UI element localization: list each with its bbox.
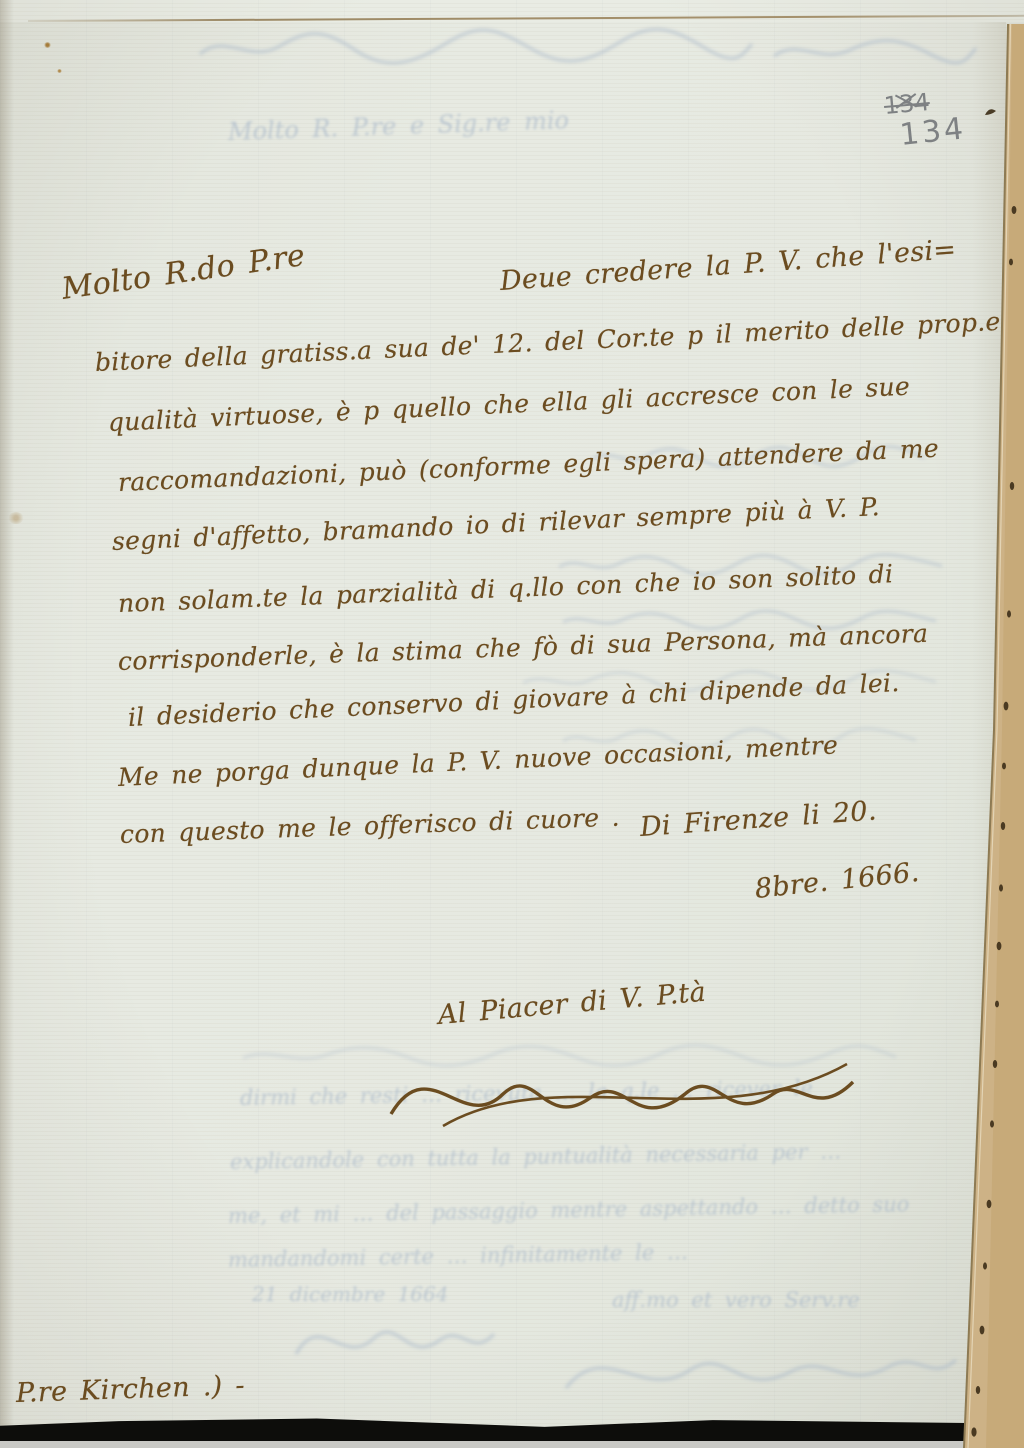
letter-line: segni d'affetto, bramando io di rilevar … xyxy=(111,492,880,556)
gutter-shadow xyxy=(0,0,14,1448)
bleed-line: mandandomi certe … infinitamente le … xyxy=(228,1240,688,1272)
scanner-base-strip xyxy=(0,1441,1024,1448)
letter-line: Deue credere la P. V. che l'esi= xyxy=(499,234,957,297)
foxing-spot xyxy=(57,69,62,73)
foxing-spot xyxy=(44,42,51,48)
bleed-signature-flourish xyxy=(560,1330,960,1410)
bleed-flourish xyxy=(770,34,980,68)
bleed-line: Molto R. P.re e Sig.re mio xyxy=(228,106,570,146)
signature-flourish xyxy=(385,1042,865,1142)
letter-line: bitore della gratiss.a sua de' 12. del C… xyxy=(94,307,1001,377)
bleed-line: me, et mi … del passaggio mentre aspetta… xyxy=(228,1192,910,1228)
letter-line: Me ne porga dunque la P. V. nuove occasi… xyxy=(117,730,838,792)
foxing-spot xyxy=(8,512,24,524)
letter-salutation: Molto R.do P.re xyxy=(60,238,308,307)
bleed-valediction: aff.mo et vero Serv.re xyxy=(612,1288,860,1312)
manuscript-page: Molto R. P.re e Sig.re mio dirmi che res… xyxy=(0,0,1024,1448)
letter-closing: Al Piacer di V. P.tà xyxy=(437,977,708,1031)
letter-dateline-date: 8bre. 1666. xyxy=(753,857,920,905)
letter-line: raccomandazioni, può (conforme egli sper… xyxy=(117,434,939,497)
bleed-line: explicandole con tutta la puntualità nec… xyxy=(230,1139,842,1174)
docket-kirchen: P.re Kirchen .) - xyxy=(15,1370,245,1409)
folio-strike-x xyxy=(895,91,916,110)
letter-line: il desiderio che conservo di giovare à c… xyxy=(127,668,900,732)
letter-line: qualità virtuose, è p quello che ella gl… xyxy=(107,372,910,437)
letter-line: con questo me le offerisco di cuore . xyxy=(119,803,620,849)
bleed-signature-flourish xyxy=(290,1302,500,1372)
letter-dateline-place: Di Firenze li 20. xyxy=(639,795,878,842)
bleed-flourish xyxy=(195,26,755,68)
book-fore-edge xyxy=(954,0,1024,1448)
